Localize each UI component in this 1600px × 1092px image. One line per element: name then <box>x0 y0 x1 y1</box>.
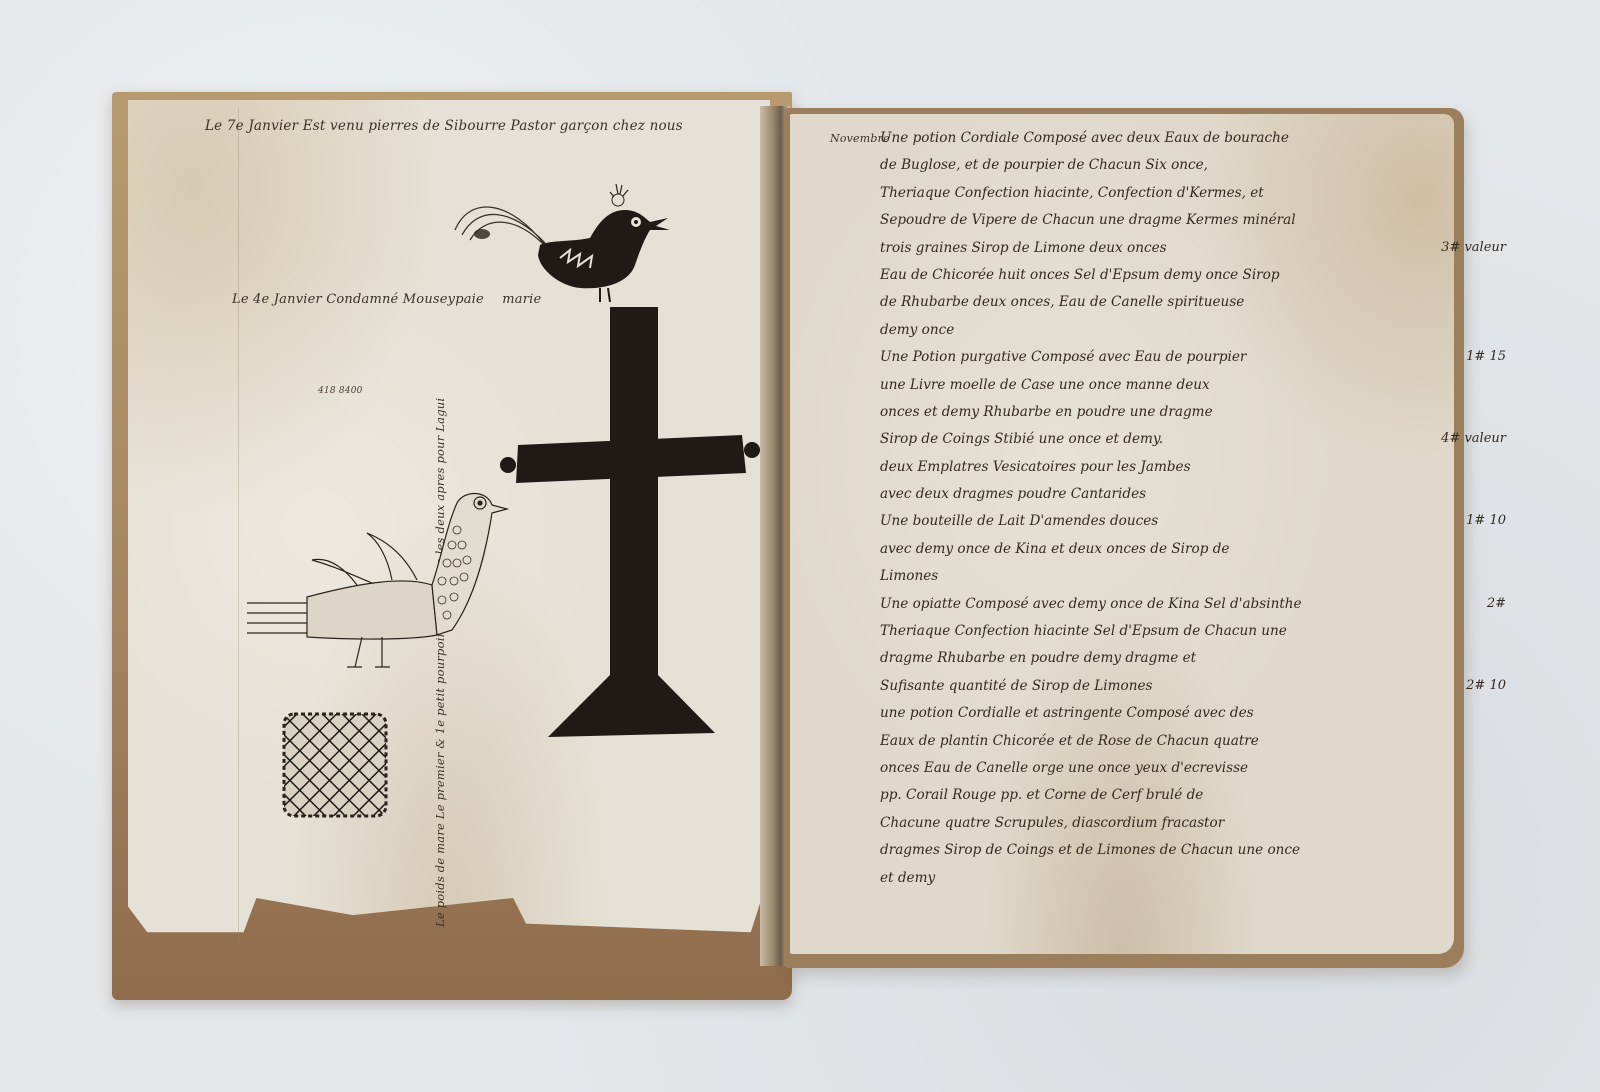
entry-line: dragme Rhubarbe en poudre demy dragme et <box>880 650 1520 677</box>
crowned-black-bird-drawing <box>450 170 710 315</box>
entry-line: onces et demy Rhubarbe en poudre une dra… <box>880 404 1520 431</box>
entry-line: Une potion Cordiale Composé avec deux Ea… <box>880 130 1520 157</box>
entry-line: Sufisante quantité de Sirop de Limones2#… <box>880 678 1520 705</box>
entry-line: Sepoudre de Vipere de Chacun une dragme … <box>880 212 1520 239</box>
entry-line: Limones <box>880 568 1520 595</box>
entry-line: de Buglose, et de pourpier de Chacun Six… <box>880 157 1520 184</box>
entry-line: Une opiatte Composé avec demy once de Ki… <box>880 596 1520 623</box>
entry-line: Theriaque Confection hiacinte, Confectio… <box>880 185 1520 212</box>
entry-line: Une Potion purgative Composé avec Eau de… <box>880 349 1520 376</box>
entry-line: une potion Cordialle et astringente Comp… <box>880 705 1520 732</box>
entry-line: demy once <box>880 322 1520 349</box>
entry-line: Eaux de plantin Chicorée et de Rose de C… <box>880 733 1520 760</box>
entry-line: deux Emplatres Vesicatoires pour les Jam… <box>880 459 1520 486</box>
entry-line: Sirop de Coings Stibié une once et demy.… <box>880 431 1520 458</box>
entry-line: de Rhubarbe deux onces, Eau de Canelle s… <box>880 294 1520 321</box>
entry-line: avec deux dragmes poudre Cantarides <box>880 486 1520 513</box>
lattice-square-drawing <box>280 710 390 820</box>
open-manuscript: Le 7e Janvier Est venu pierres de Sibour… <box>0 0 1600 1092</box>
prescription-entries: Une potion Cordiale Composé avec deux Ea… <box>880 130 1520 897</box>
entry-line: onces Eau de Canelle orge une once yeux … <box>880 760 1520 787</box>
left-heading-1: Le 7e Janvier Est venu pierres de Sibour… <box>205 118 683 134</box>
entry-line: trois graines Sirop de Limone deux onces… <box>880 240 1520 267</box>
entry-line: une Livre moelle de Case une once manne … <box>880 377 1520 404</box>
entry-line: dragmes Sirop de Coings et de Limones de… <box>880 842 1520 869</box>
entry-line: avec demy once de Kina et deux onces de … <box>880 541 1520 568</box>
entry-line: Une bouteille de Lait D'amendes douces1#… <box>880 513 1520 540</box>
entry-line: et demy <box>880 870 1520 897</box>
entry-line: Theriaque Confection hiacinte Sel d'Epsu… <box>880 623 1520 650</box>
entry-line: Eau de Chicorée huit onces Sel d'Epsum d… <box>880 267 1520 294</box>
marginal-numbers: 418 8400 <box>318 386 363 396</box>
entry-line: Chacune quatre Scrupules, diascordium fr… <box>880 815 1520 842</box>
black-cross-drawing <box>490 305 760 745</box>
feathered-bird-drawing <box>242 485 512 675</box>
entry-line: pp. Corail Rouge pp. et Corne de Cerf br… <box>880 787 1520 814</box>
